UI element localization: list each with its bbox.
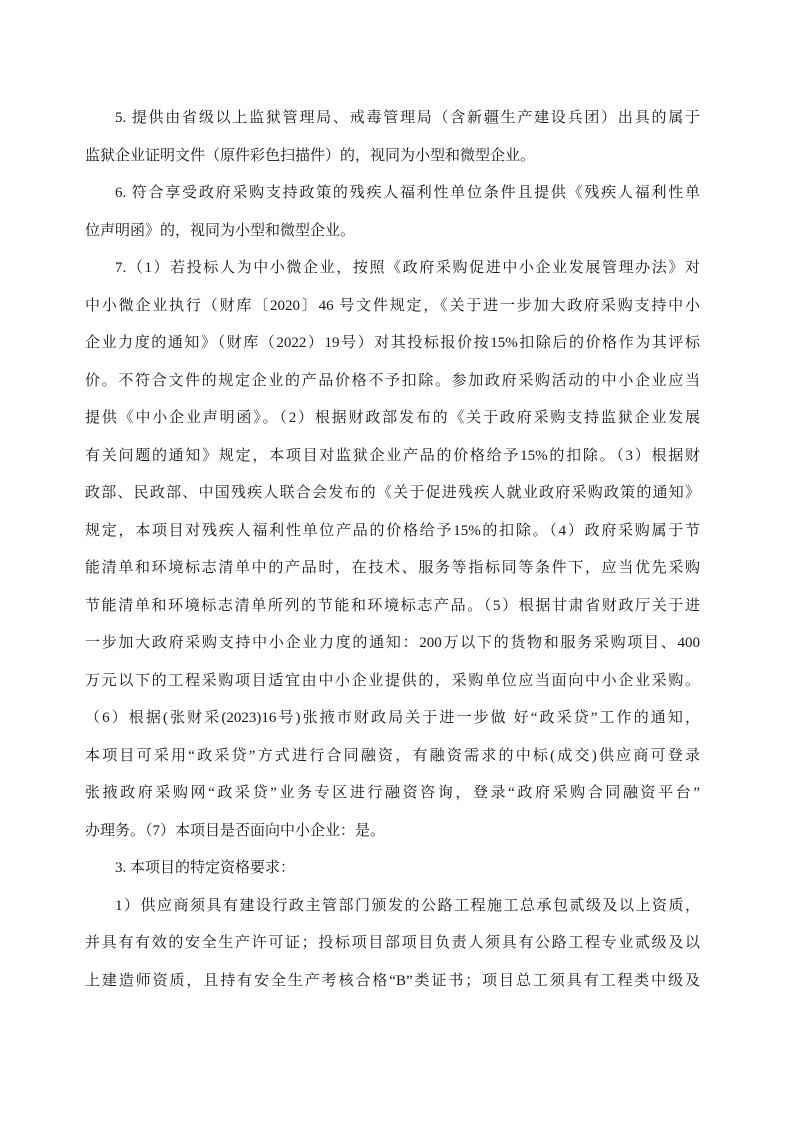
text-line-sme-policy-15: 张掖政府采购网“政采贷”业务专区进行融资咨询，登录“政府采购合同融资平台”	[85, 775, 700, 813]
text-line-sme-policy-8: 规定，本项目对残疾人福利性单位产品的价格给予15%的扣除。（4）政府采购属于节	[85, 513, 700, 551]
document-page: 5. 提供由省级以上监狱管理局、戒毒管理局（含新疆生产建设兵团）出具的属于 监狱…	[0, 0, 793, 1122]
text-line-specific-requirements-heading: 3. 本项目的特定资格要求：	[85, 850, 700, 888]
text-line-sme-policy-12: 万元以下的工程采购项目适宜由中小企业提供的，采购单位应当面向中小企业采购。	[85, 663, 700, 701]
text-line-sme-policy-7: 政部、民政部、中国残疾人联合会发布的《关于促进残疾人就业政府采购政策的通知》	[85, 475, 700, 513]
text-line-qualification-1: 1）供应商须具有建设行政主管部门颁发的公路工程施工总承包贰级及以上资质，	[85, 888, 700, 926]
text-line-sme-policy-1: 7.（1）若投标人为中小微企业，按照《政府采购促进中小企业发展管理办法》对	[85, 250, 700, 288]
text-line-sme-policy-3: 企业力度的通知》（财库（2022）19号）对其投标报价按15%扣除后的价格作为其…	[85, 325, 700, 363]
text-line-sme-policy-10: 节能清单和环境标志清单所列的节能和环境标志产品。（5）根据甘肃省财政厅关于进	[85, 588, 700, 626]
text-line-sme-policy-4: 价。不符合文件的规定企业的产品价格不予扣除。参加政府采购活动的中小企业应当	[85, 363, 700, 401]
text-line-sme-policy-11: 一步加大政府采购支持中小企业力度的通知：200万以下的货物和服务采购项目、400	[85, 625, 700, 663]
text-line-disabled-welfare-2: 位声明函》的，视同为小型和微型企业。	[85, 213, 700, 251]
text-line-sme-policy-2: 中小微企业执行（财库〔2020〕46 号文件规定，《关于进一步加大政府采购支持中…	[85, 288, 700, 326]
text-line-sme-policy-13: （6）根据(张财采(2023)16号)张掖市财政局关于进一步做 好“政采贷”工作…	[85, 700, 700, 738]
text-line-sme-policy-14: 本项目可采用“政采贷”方式进行合同融资，有融资需求的中标(成交)供应商可登录	[85, 738, 700, 776]
text-line-prison-cert-2: 监狱企业证明文件（原件彩色扫描件）的，视同为小型和微型企业。	[85, 138, 700, 176]
text-block: 5. 提供由省级以上监狱管理局、戒毒管理局（含新疆生产建设兵团）出具的属于 监狱…	[85, 100, 700, 1000]
text-line-sme-policy-9: 能清单和环境标志清单中的产品时，在技术、服务等指标同等条件下，应当优先采购	[85, 550, 700, 588]
text-line-sme-policy-16: 办理务。（7）本项目是否面向中小企业：是。	[85, 813, 700, 851]
text-line-sme-policy-5: 提供《中小企业声明函》。（2）根据财政部发布的《关于政府采购支持监狱企业发展	[85, 400, 700, 438]
text-line-qualification-3: 上建造师资质，且持有安全生产考核合格“B”类证书；项目总工须具有工程类中级及	[85, 963, 700, 1001]
text-line-qualification-2: 并具有有效的安全生产许可证；投标项目部项目负责人须具有公路工程专业贰级及以	[85, 925, 700, 963]
text-line-disabled-welfare-1: 6. 符合享受政府采购支持政策的残疾人福利性单位条件且提供《残疾人福利性单	[85, 175, 700, 213]
text-line-sme-policy-6: 有关问题的通知》规定，本项目对监狱企业产品的价格给予15%的扣除。（3）根据财	[85, 438, 700, 476]
text-line-prison-cert-1: 5. 提供由省级以上监狱管理局、戒毒管理局（含新疆生产建设兵团）出具的属于	[85, 100, 700, 138]
